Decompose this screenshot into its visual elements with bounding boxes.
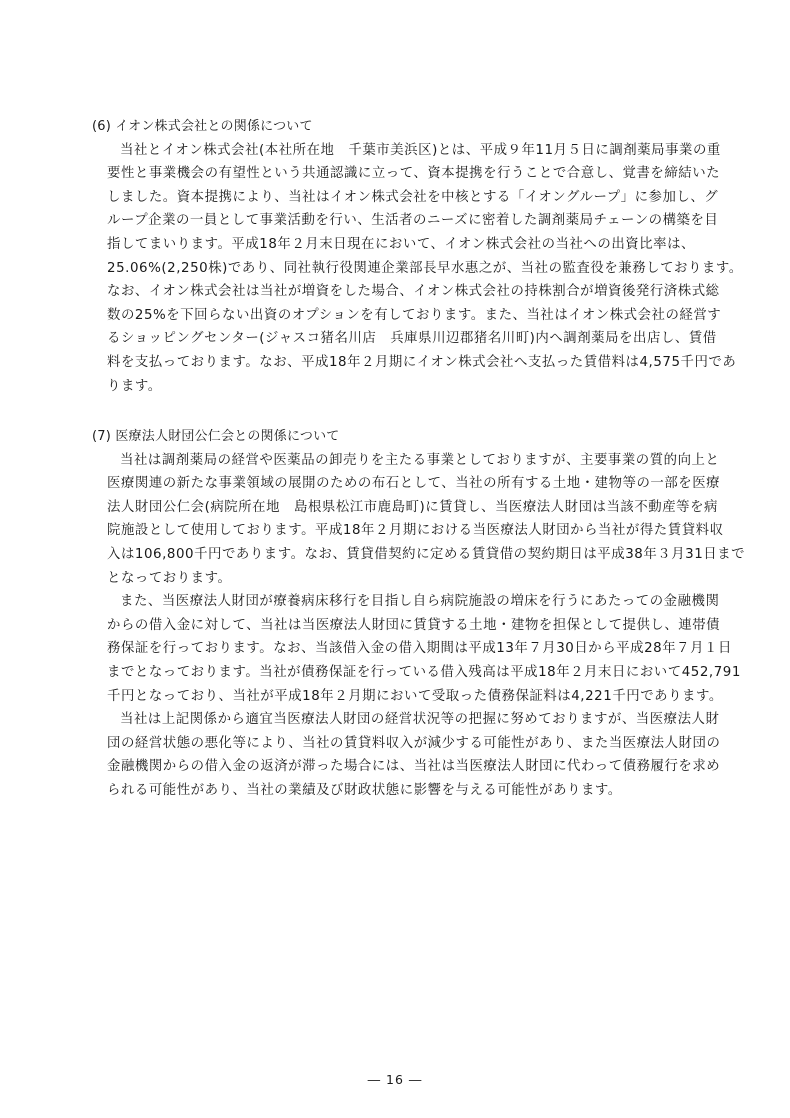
paragraph-line: 院施設として使用しております。平成18年２月期における当医療法人財団から当社が得… (92, 519, 722, 543)
paragraph-line: なお、イオン株式会社は当社が増資をした場合、イオン株式会社の持株割合が増資後発行… (92, 280, 722, 304)
page-number: ― 16 ― (0, 1072, 790, 1087)
paragraph-line: しました。資本提携により、当社はイオン株式会社を中核とする「イオングループ」に参… (92, 186, 722, 210)
paragraph-line: ループ企業の一員として事業活動を行い、生活者のニーズに密着した調剤薬局チェーンの… (92, 209, 722, 233)
section-heading: (6) イオン株式会社との関係について (92, 115, 722, 139)
paragraph-line: 務保証を行っております。なお、当該借入金の借入期間は平成13年７月30日から平成… (92, 637, 722, 661)
paragraph-line: 金融機関からの借入金の返済が滞った場合には、当社は当医療法人財団に代わって債務履… (92, 755, 722, 779)
paragraph-line: 指してまいります。平成18年２月末日現在において、イオン株式会社の当社への出資比… (92, 233, 722, 257)
paragraph-line: 数の25%を下回らない出資のオプションを有しております。また、当社はイオン株式会… (92, 304, 722, 328)
paragraph-line: 料を支払っております。なお、平成18年２月期にイオン株式会社へ支払った賃借料は4… (92, 351, 722, 375)
paragraph-line: 当社とイオン株式会社(本社所在地 千葉市美浜区)とは、平成９年11月５日に調剤薬… (92, 139, 722, 163)
paragraph-line: からの借入金に対して、当社は当医療法人財団に賃貸する土地・建物を担保として提供し… (92, 614, 722, 638)
paragraph-line: られる可能性があり、当社の業績及び財政状態に影響を与える可能性があります。 (92, 779, 722, 803)
paragraph-line: 千円となっており、当社が平成18年２月期において受取った債務保証料は4,221千… (92, 685, 722, 709)
section-heading: (7) 医療法人財団公仁会との関係について (92, 425, 722, 449)
document-page: (6) イオン株式会社との関係について 当社とイオン株式会社(本社所在地 千葉市… (0, 0, 790, 1118)
paragraph: 当社は調剤薬局の経営や医薬品の卸売りを主たる事業としておりますが、主要事業の質的… (92, 449, 722, 591)
paragraph-line: るショッピングセンター(ジャスコ猪名川店 兵庫県川辺郡猪名川町)内へ調剤薬局を出… (92, 327, 722, 351)
paragraph-line: までとなっております。当社が債務保証を行っている借入残高は平成18年２月末日にお… (92, 661, 722, 685)
paragraph-line: また、当医療法人財団が療養病床移行を目指し自ら病院施設の増床を行うにあたっての金… (92, 590, 722, 614)
paragraph-line: 入は106,800千円であります。なお、賃貸借契約に定める賃貸借の契約期日は平成… (92, 543, 722, 567)
paragraph-line: 要性と事業機会の有望性という共通認識に立って、資本提携を行うことで合意し、覚書を… (92, 162, 722, 186)
paragraph-line: 法人財団公仁会(病院所在地 島根県松江市鹿島町)に賃貸し、当医療法人財団は当該不… (92, 496, 722, 520)
paragraph: 当社とイオン株式会社(本社所在地 千葉市美浜区)とは、平成９年11月５日に調剤薬… (92, 139, 722, 399)
paragraph: 当社は上記関係から適宜当医療法人財団の経営状況等の把握に努めておりますが、当医療… (92, 708, 722, 802)
paragraph-line: 25.06%(2,250株)であり、同社執行役関連企業部長早水惠之が、当社の監査… (92, 257, 722, 281)
paragraph-line: 医療関連の新たな事業領域の展開のための布石として、当社の所有する土地・建物等の一… (92, 472, 722, 496)
paragraph: また、当医療法人財団が療養病床移行を目指し自ら病院施設の増床を行うにあたっての金… (92, 590, 722, 708)
paragraph-line: 団の経営状態の悪化等により、当社の賃貸料収入が減少する可能性があり、また当医療法… (92, 732, 722, 756)
paragraph-line: 当社は調剤薬局の経営や医薬品の卸売りを主たる事業としておりますが、主要事業の質的… (92, 449, 722, 473)
paragraph-line: となっております。 (92, 567, 722, 591)
section-aeon-relationship: (6) イオン株式会社との関係について 当社とイオン株式会社(本社所在地 千葉市… (92, 115, 722, 398)
section-kojinkai-relationship: (7) 医療法人財団公仁会との関係について 当社は調剤薬局の経営や医薬品の卸売り… (92, 425, 722, 803)
paragraph-line: ります。 (92, 375, 722, 399)
paragraph-line: 当社は上記関係から適宜当医療法人財団の経営状況等の把握に努めておりますが、当医療… (92, 708, 722, 732)
